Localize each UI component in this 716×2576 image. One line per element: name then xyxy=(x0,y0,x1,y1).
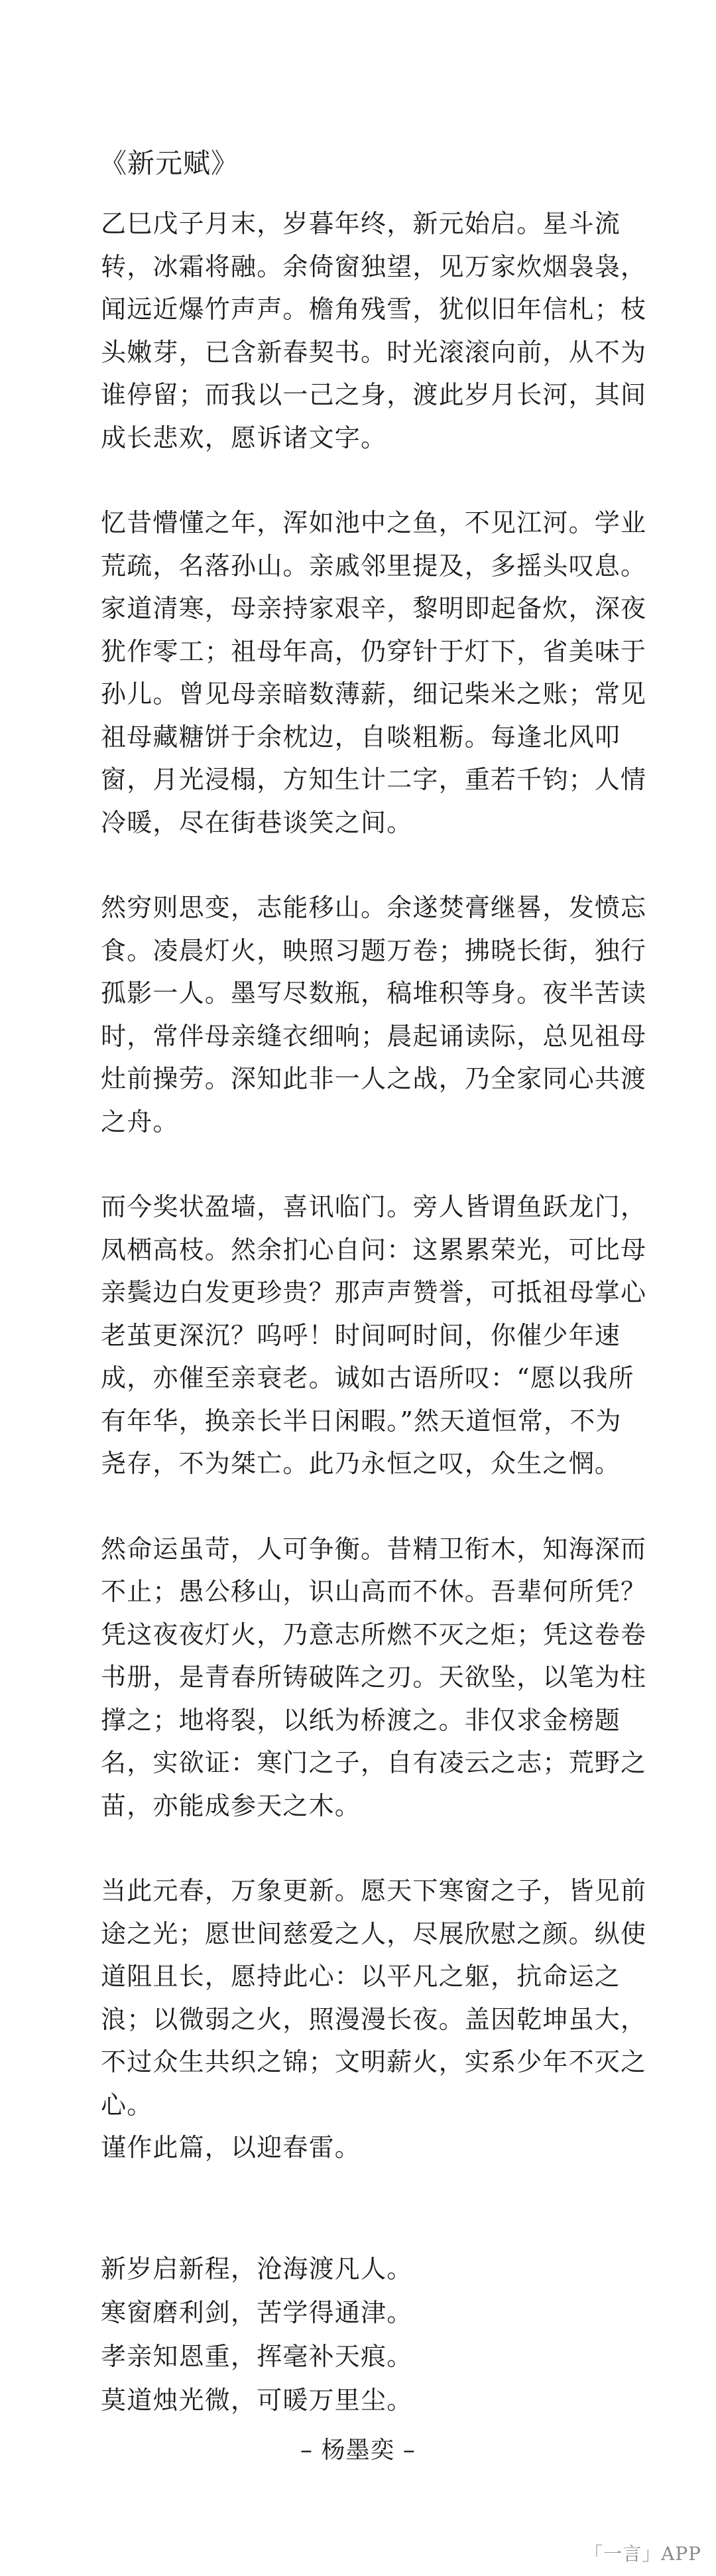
text-line: 苗，亦能成参天之木。 xyxy=(101,1785,605,1828)
text-line: 老茧更深沉？呜呼！时间呵时间，你催少年速 xyxy=(101,1314,605,1357)
text-line: 荒疏，名落孙山。亲戚邻里提及，多摇头叹息。 xyxy=(101,545,605,588)
text-line: 尧存，不为桀亡。此乃永恒之叹，众生之惘。 xyxy=(101,1442,605,1485)
article-title: 《新元赋》 xyxy=(99,145,239,182)
poem-line: 孝亲知恩重，挥毫补天痕。 xyxy=(101,2335,605,2378)
text-line: 心。 xyxy=(101,2084,605,2127)
text-line: 凭这夜夜灯火，乃意志所燃不灭之炬；凭这卷卷 xyxy=(101,1613,605,1657)
text-line: 之舟。 xyxy=(101,1101,605,1144)
text-line: 头嫩芽，已含新春契书。时光滚滚向前，从不为 xyxy=(101,331,605,374)
text-line: 孤影一人。墨写尽数瓶，稿堆积等身。夜半苦读 xyxy=(101,972,605,1015)
article-body: 乙巳戊子月末，岁暮年终，新元始启。星斗流 转，冰霜将融。余倚窗独望，见万家炊烟袅… xyxy=(101,202,605,2422)
text-line: 冷暖，尽在街巷谈笑之间。 xyxy=(101,801,605,845)
paragraph-6: 当此元春，万象更新。愿天下寒窗之子，皆见前 途之光；愿世间慈爱之人，尽展欣慰之颜… xyxy=(101,1869,605,2126)
text-line: 犹作零工；祖母年高，仍穿针于灯下，省美味于 xyxy=(101,630,605,673)
text-line: 谁停留；而我以一己之身，渡此岁月长河，其间 xyxy=(101,373,605,417)
text-line: 而今奖状盈墙，喜讯临门。旁人皆谓鱼跃龙门， xyxy=(101,1186,605,1229)
article-page: 《新元赋》 乙巳戊子月末，岁暮年终，新元始启。星斗流 转，冰霜将融。余倚窗独望，… xyxy=(0,0,716,2576)
text-line: 书册，是青春所铸破阵之刃。天欲坠，以笔为柱 xyxy=(101,1656,605,1699)
text-line: 浪；以微弱之火，照漫漫长夜。盖因乾坤虽大， xyxy=(101,1998,605,2041)
text-line: 灶前操劳。深知此非一人之战，乃全家同心共渡 xyxy=(101,1057,605,1101)
text-line: 名，实欲证：寒门之子，自有凌云之志；荒野之 xyxy=(101,1741,605,1785)
text-line: 不止；愚公移山，识山高而不休。吾辈何所凭？ xyxy=(101,1570,605,1613)
text-line: 孙儿。曾见母亲暗数薄薪，细记柴米之账；常见 xyxy=(101,673,605,716)
paragraph-3: 然穷则思变，志能移山。余遂焚膏继晷，发愤忘 食。凌晨灯火，映照习题万卷；拂晓长街… xyxy=(101,886,605,1143)
text-line: 成，亦催至亲衰老。诚如古语所叹：“愿以我所 xyxy=(101,1357,605,1400)
text-line: 亲鬓边白发更珍贵？那声声赞誉，可抵祖母掌心 xyxy=(101,1271,605,1314)
poem-line: 寒窗磨利剑，苦学得通津。 xyxy=(101,2291,605,2335)
paragraph-4: 而今奖状盈墙，喜讯临门。旁人皆谓鱼跃龙门， 凤栖高枝。然余扪心自问：这累累荣光，… xyxy=(101,1186,605,1485)
text-line: 然穷则思变，志能移山。余遂焚膏继晷，发愤忘 xyxy=(101,886,605,929)
poem-line: 新岁启新程，沧海渡凡人。 xyxy=(101,2247,605,2291)
text-line: 不过众生共织之锦；文明薪火，实系少年不灭之 xyxy=(101,2041,605,2084)
text-line: 转，冰霜将融。余倚窗独望，见万家炊烟袅袅， xyxy=(101,245,605,289)
closing-line: 谨作此篇，以迎春雷。 xyxy=(101,2126,605,2169)
app-watermark: 「一言」APP xyxy=(584,2542,701,2566)
text-line: 凤栖高枝。然余扪心自问：这累累荣光，可比母 xyxy=(101,1229,605,1272)
text-line: 道阻且长，愿持此心：以平凡之躯，抗命运之 xyxy=(101,1955,605,1998)
text-line: 然命运虽苛，人可争衡。昔精卫衔木，知海深而 xyxy=(101,1528,605,1571)
text-line: 祖母藏糖饼于余枕边，自啖粗粝。每逢北风叩 xyxy=(101,716,605,759)
text-line: 途之光；愿世间慈爱之人，尽展欣慰之颜。纵使 xyxy=(101,1913,605,1956)
text-line: 家道清寒，母亲持家艰辛，黎明即起备炊，深夜 xyxy=(101,587,605,630)
text-line: 撑之；地将裂，以纸为桥渡之。非仅求金榜题 xyxy=(101,1699,605,1742)
text-line: 食。凌晨灯火，映照习题万卷；拂晓长街，独行 xyxy=(101,929,605,973)
text-line: 闻远近爆竹声声。檐角残雪，犹似旧年信札；枝 xyxy=(101,288,605,331)
paragraph-2: 忆昔懵懂之年，浑如池中之鱼，不见江河。学业 荒疏，名落孙山。亲戚邻里提及，多摇头… xyxy=(101,502,605,844)
paragraph-5: 然命运虽苛，人可争衡。昔精卫衔木，知海深而 不止；愚公移山，识山高而不休。吾辈何… xyxy=(101,1528,605,1828)
text-line: 忆昔懵懂之年，浑如池中之鱼，不见江河。学业 xyxy=(101,502,605,545)
text-line: 时，常伴母亲缝衣细响；晨起诵读际，总见祖母 xyxy=(101,1015,605,1058)
poem-line: 莫道烛光微，可暖万里尘。 xyxy=(101,2378,605,2422)
text-line: 成长悲欢，愿诉诸文字。 xyxy=(101,417,605,460)
text-line: 当此元春，万象更新。愿天下寒窗之子，皆见前 xyxy=(101,1869,605,1913)
poem: 新岁启新程，沧海渡凡人。 寒窗磨利剑，苦学得通津。 孝亲知恩重，挥毫补天痕。 莫… xyxy=(101,2247,605,2422)
text-line: 窗，月光浸榻，方知生计二字，重若千钧；人情 xyxy=(101,758,605,801)
text-line: 有年华，换亲长半日闲暇。”然天道恒常，不为 xyxy=(101,1400,605,1443)
author-signature: – 杨墨奕 – xyxy=(0,2435,716,2467)
text-line: 乙巳戊子月末，岁暮年终，新元始启。星斗流 xyxy=(101,202,605,245)
paragraph-1: 乙巳戊子月末，岁暮年终，新元始启。星斗流 转，冰霜将融。余倚窗独望，见万家炊烟袅… xyxy=(101,202,605,459)
